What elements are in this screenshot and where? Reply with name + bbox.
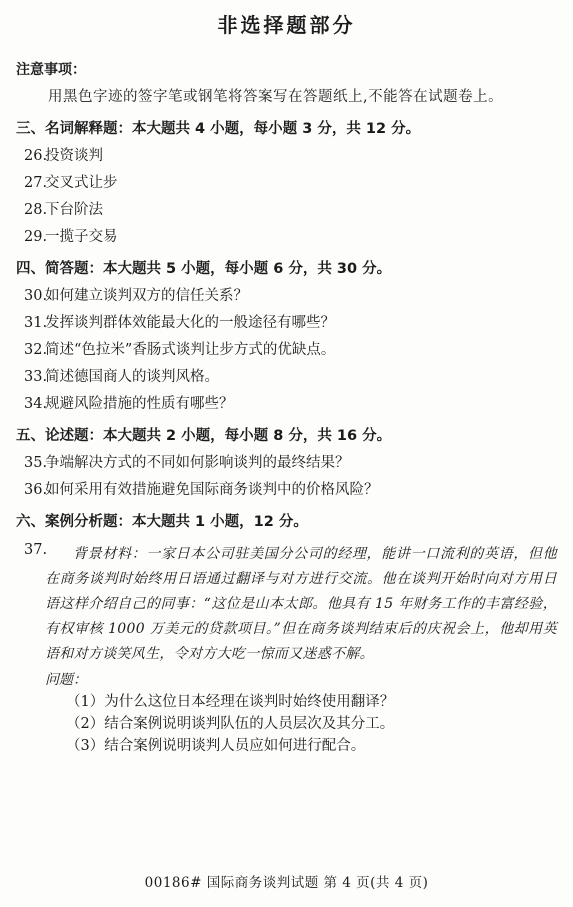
question-number: 35.: [24, 454, 45, 472]
question-number: 26.: [24, 147, 45, 165]
question-number: 33.: [24, 368, 45, 386]
case-questions-label: 问题：: [45, 669, 557, 691]
question-item-26: 26. 投资谈判: [24, 147, 557, 165]
question-number: 34.: [24, 395, 45, 413]
page-footer: 00186# 国际商务谈判试题 第 4 页(共 4 页): [0, 871, 573, 891]
question-text: 简述“色拉米”香肠式谈判让步方式的优缺点。: [45, 341, 335, 359]
section-heading-short-answer: 四、简答题：本大题共 5 小题，每小题 6 分，共 30 分。: [16, 260, 557, 278]
question-number: 31.: [24, 314, 45, 332]
question-item-28: 28. 下台阶法: [24, 201, 557, 219]
case-background-text: 背景材料：一家日本公司驻美国分公司的经理，能讲一口流利的英语，但他在商务谈判时始…: [45, 542, 557, 667]
question-item-33: 33. 简述德国商人的谈判风格。: [24, 368, 557, 386]
case-subquestion-2: （2）结合案例说明谈判队伍的人员层次及其分工。: [66, 713, 557, 735]
question-number: 37.: [24, 542, 45, 757]
question-item-36: 36. 如何采用有效措施避免国际商务谈判中的价格风险？: [24, 481, 557, 499]
question-number: 29.: [24, 228, 45, 246]
case-body: 背景材料：一家日本公司驻美国分公司的经理，能讲一口流利的英语，但他在商务谈判时始…: [45, 542, 557, 757]
question-text: 如何采用有效措施避免国际商务谈判中的价格风险？: [45, 481, 379, 499]
question-item-32: 32. 简述“色拉米”香肠式谈判让步方式的优缺点。: [24, 341, 557, 359]
question-number: 30.: [24, 287, 45, 305]
question-number: 32.: [24, 341, 45, 359]
question-item-34: 34. 规避风险措施的性质有哪些？: [24, 395, 557, 413]
question-item-29: 29. 一揽子交易: [24, 228, 557, 246]
notice-text: 用黑色字迹的签字笔或钢笔将答案写在答题纸上,不能答在试题卷上。: [48, 88, 557, 106]
case-subquestion-3: （3）结合案例说明谈判人员应如何进行配合。: [66, 735, 557, 757]
question-text: 下台阶法: [45, 201, 103, 219]
page-title: 非选择题部分: [0, 0, 573, 38]
question-item-35: 35. 争端解决方式的不同如何影响谈判的最终结果？: [24, 454, 557, 472]
case-subquestion-1: （1）为什么这位日本经理在谈判时始终使用翻译？: [66, 691, 557, 713]
question-text: 交叉式让步: [45, 174, 118, 192]
question-text: 争端解决方式的不同如何影响谈判的最终结果？: [45, 454, 350, 472]
section-heading-case-analysis: 六、案例分析题：本大题共 1 小题，12 分。: [16, 513, 557, 531]
question-item-31: 31. 发挥谈判群体效能最大化的一般途径有哪些？: [24, 314, 557, 332]
notice-label: 注意事项：: [16, 59, 557, 79]
question-item-27: 27. 交叉式让步: [24, 174, 557, 192]
question-text: 规避风险措施的性质有哪些？: [45, 395, 234, 413]
question-item-37: 37. 背景材料：一家日本公司驻美国分公司的经理，能讲一口流利的英语，但他在商务…: [24, 542, 557, 757]
question-number: 36.: [24, 481, 45, 499]
question-text: 投资谈判: [45, 147, 103, 165]
question-text: 发挥谈判群体效能最大化的一般途径有哪些？: [45, 314, 335, 332]
section-heading-terms: 三、名词解释题：本大题共 4 小题，每小题 3 分，共 12 分。: [16, 120, 557, 138]
question-text: 一揽子交易: [45, 228, 118, 246]
exam-page: 非选择题部分 注意事项： 用黑色字迹的签字笔或钢笔将答案写在答题纸上,不能答在试…: [0, 0, 573, 907]
question-number: 28.: [24, 201, 45, 219]
question-number: 27.: [24, 174, 45, 192]
question-item-30: 30. 如何建立谈判双方的信任关系？: [24, 287, 557, 305]
section-heading-essay: 五、论述题：本大题共 2 小题，每小题 8 分，共 16 分。: [16, 427, 557, 445]
question-text: 简述德国商人的谈判风格。: [45, 368, 219, 386]
question-text: 如何建立谈判双方的信任关系？: [45, 287, 248, 305]
